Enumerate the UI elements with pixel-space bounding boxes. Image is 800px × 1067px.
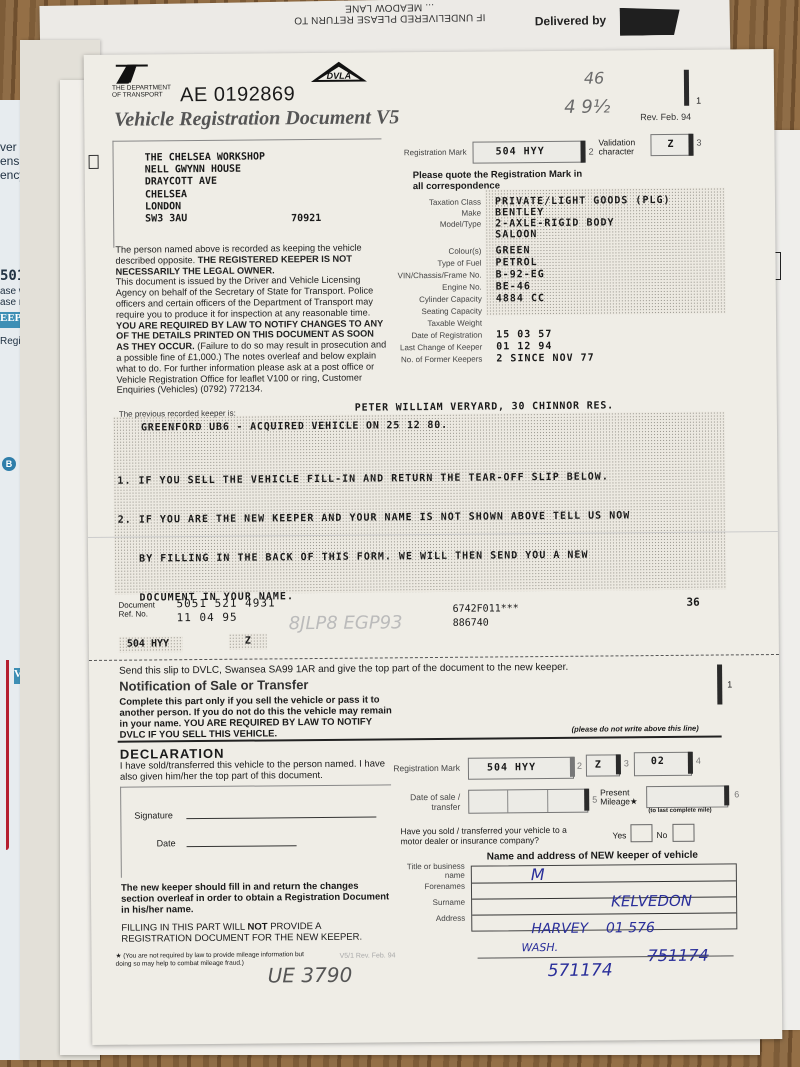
slip-validation-value: Z	[595, 760, 602, 771]
slip-issue-field[interactable]: 02	[634, 752, 692, 777]
detail-value: SALOON	[495, 229, 537, 240]
marker-bar	[570, 757, 575, 777]
mileage-note: (to last complete mile)	[648, 808, 711, 815]
section-marker: 1	[727, 679, 732, 689]
keeper-notice: The person named above is recorded as ke…	[115, 242, 386, 396]
surname-value[interactable]: KELVEDON	[611, 892, 692, 911]
delivered-by-label: Delivered by	[535, 13, 607, 28]
revision-label: Rev. Feb. 94	[640, 112, 691, 122]
detail-label: Type of Fuel	[385, 259, 481, 269]
box-number: 3	[624, 758, 629, 768]
detail-label: Colour(s)	[385, 247, 481, 257]
handwritten-code: UE 3790	[268, 963, 353, 988]
faint-pencil-marks: 8JLP8 EGP93	[289, 612, 403, 634]
keeper-address: THE CHELSEA WORKSHOP NELL GWYNN HOUSE DR…	[145, 151, 266, 225]
detail-value: 2-AXLE-RIGID BODY	[495, 217, 614, 229]
box-number: 2	[589, 147, 594, 157]
detail-value: PRIVATE/LIGHT GOODS (PLG)	[495, 195, 671, 208]
forenames-label: Forenames	[391, 882, 465, 892]
reference-36: 36	[686, 596, 699, 609]
date-label: Date	[157, 838, 176, 848]
detail-value: BE-46	[496, 281, 531, 292]
tear-off-perforation[interactable]	[89, 654, 779, 661]
row-line	[472, 896, 736, 899]
address-extra: WASH.	[521, 941, 558, 954]
detail-label: Taxable Weight	[386, 319, 482, 329]
pencil-note-fraction: 4 9½	[564, 96, 610, 117]
address-line: DRAYCOTT AVE	[145, 176, 266, 189]
box-number: 2	[577, 761, 582, 771]
slip-registration-value: 504 HYY	[487, 762, 536, 773]
detail-label: No. of Former Keepers	[386, 355, 482, 365]
slip-intro: Complete this part only if you sell the …	[119, 694, 399, 740]
new-keeper-note: The new keeper should fill in and return…	[121, 880, 391, 915]
detail-row: No. of Former Keepers2 SINCE NOV 77	[386, 352, 726, 367]
surname-label: Surname	[391, 898, 465, 908]
declaration-text: I have sold/transferred this vehicle to …	[120, 758, 400, 782]
document-title: Vehicle Registration Document V5	[114, 106, 399, 131]
validation-character-label: Validation character	[598, 138, 648, 156]
detail-value: B-92-EG	[496, 269, 545, 280]
slip-registration-label: Registration Mark	[390, 764, 460, 774]
registration-mark-label: Registration Mark	[397, 148, 467, 158]
dealer-question: Have you sold / transferred your vehicle…	[400, 825, 590, 847]
do-not-write-note: (please do not write above this line)	[572, 724, 699, 734]
new-keeper-heading: Name and address of NEW keeper of vehicl…	[487, 850, 698, 863]
send-slip-instruction: Send this slip to DVLC, Swansea SA99 1AR…	[119, 662, 568, 677]
handwritten-number: 571174	[548, 960, 613, 981]
marker-bar	[580, 141, 585, 163]
detail-label: Last Change of Keeper	[386, 343, 482, 353]
serial-number: AE 0192869	[180, 83, 295, 107]
instruction-line: BY FILLING IN THE BACK OF THIS FORM. WE …	[118, 548, 631, 565]
notice-text: This document is issued by the Driver an…	[116, 275, 374, 320]
row-line	[472, 912, 736, 915]
slip-title: Notification of Sale or Transfer	[119, 677, 308, 694]
not-registration-warning: FILLING IN THIS PART WILL NOT PROVIDE A …	[121, 920, 391, 944]
title-label: Title or business name	[391, 862, 465, 881]
box-number: 5	[592, 795, 597, 805]
envelope-return-address: IF UNDELIVERED PLEASE RETURN TO ... MEAD…	[289, 0, 489, 25]
royal-mail-logo	[620, 7, 680, 36]
detail-value: GREEN	[495, 245, 530, 256]
dvla-logo: DVLA	[310, 61, 368, 84]
keeper-code: 70921	[291, 213, 321, 224]
detail-label: Cylinder Capacity	[386, 295, 482, 305]
previous-keeper-line1: PETER WILLIAM VERYARD, 30 CHINNOR RES.	[355, 400, 614, 413]
signature-label: Signature	[134, 810, 173, 820]
signature-box	[120, 784, 392, 877]
vehicle-details: Taxation ClassPRIVATE/LIGHT GOODS (PLG) …	[385, 195, 726, 367]
punch-mark	[89, 155, 99, 169]
instruction-line: 2. IF YOU ARE THE NEW KEEPER AND YOUR NA…	[118, 509, 631, 526]
validation-character-field: Z	[650, 134, 692, 156]
form-code: V5/1 Rev. Feb. 94	[340, 952, 396, 959]
red-guide-line	[6, 660, 9, 850]
present-mileage-field[interactable]	[646, 785, 728, 808]
divider	[507, 790, 508, 812]
detail-label: Make	[385, 209, 481, 219]
marker-bar	[724, 785, 729, 805]
detail-value: 01 12 94	[496, 341, 552, 352]
detail-value: 15 03 57	[496, 329, 552, 340]
registration-mark-field: 504 HYY	[472, 141, 584, 164]
section-marker: 1	[696, 96, 701, 106]
document-ref-date: 11 04 95	[177, 611, 238, 625]
detail-label: Date of Registration	[386, 331, 482, 341]
divider	[547, 790, 548, 812]
warning-not: NOT	[247, 921, 267, 932]
date-of-sale-label: Date of sale / transfer	[390, 792, 460, 813]
marker-bar	[616, 754, 621, 774]
detail-label: Model/Type	[385, 220, 481, 230]
address-line: NELL GWYNN HOUSE	[145, 164, 266, 177]
v5-registration-document: THE DEPARTMENT OF TRANSPORT AE 0192869 D…	[84, 49, 783, 1045]
reference-code: 886740	[453, 618, 489, 629]
marker-bar	[688, 752, 693, 774]
validation-character-value: Z	[667, 139, 674, 150]
detail-value: BENTLEY	[495, 207, 544, 218]
reference-code: 6742F011***	[452, 603, 518, 615]
marker-bar	[684, 70, 689, 106]
detail-label: Engine No.	[386, 283, 482, 293]
title-value[interactable]: M	[531, 865, 545, 884]
row-line	[472, 880, 736, 883]
department-name: THE DEPARTMENT OF TRANSPORT	[112, 85, 172, 99]
box-number: 3	[696, 138, 701, 148]
yes-checkbox[interactable]	[630, 824, 652, 842]
box-number: 6	[734, 789, 739, 799]
detail-value: 2 SINCE NOV 77	[496, 353, 594, 365]
address-line: THE CHELSEA WORKSHOP	[145, 151, 266, 164]
detail-label: Seating Capacity	[386, 307, 482, 317]
present-mileage-label: Present Mileage★	[600, 788, 646, 806]
address-line: CHELSEA	[145, 188, 266, 201]
section-b-badge: B	[2, 457, 16, 471]
dept-transport-logo	[114, 62, 150, 84]
slip-issue-value: 02	[651, 756, 665, 767]
detail-value: 4884 CC	[496, 293, 545, 304]
marker-bar	[584, 789, 589, 811]
detail-label: Taxation Class	[385, 198, 481, 208]
previous-keeper-label: The previous recorded keeper is:	[119, 409, 236, 419]
document-ref-label: Document Ref. No.	[118, 600, 158, 618]
date-of-sale-field[interactable]	[468, 789, 588, 814]
address-label: Address	[391, 914, 465, 924]
pencil-note-46: 46	[584, 68, 605, 87]
detail-label	[385, 231, 481, 232]
box-number: 4	[696, 756, 701, 766]
slip-registration-field[interactable]: 504 HYY	[468, 757, 574, 780]
address-line: LONDON	[145, 200, 266, 213]
no-checkbox[interactable]	[672, 824, 694, 842]
no-label: No	[656, 830, 667, 840]
stub-validation: Z	[245, 636, 251, 647]
yes-label: Yes	[612, 830, 626, 840]
registration-mark-value: 504 HYY	[496, 146, 545, 157]
detail-value: PETROL	[495, 257, 537, 268]
instruction-line: 1. IF YOU SELL THE VEHICLE FILL-IN AND R…	[117, 470, 630, 487]
marker-bar	[688, 134, 693, 156]
svg-text:DVLA: DVLA	[327, 71, 352, 81]
left-snippet: ensi	[0, 154, 22, 168]
marker-bar	[717, 664, 722, 704]
stub-registration: 504 HYY	[127, 638, 169, 649]
address-line: SW3 3AU	[145, 212, 266, 225]
detail-label: VIN/Chassis/Frame No.	[386, 271, 482, 281]
document-ref-number: 5051 521 4931	[176, 596, 275, 610]
address-value[interactable]: HARVEY 01 576	[531, 920, 655, 937]
